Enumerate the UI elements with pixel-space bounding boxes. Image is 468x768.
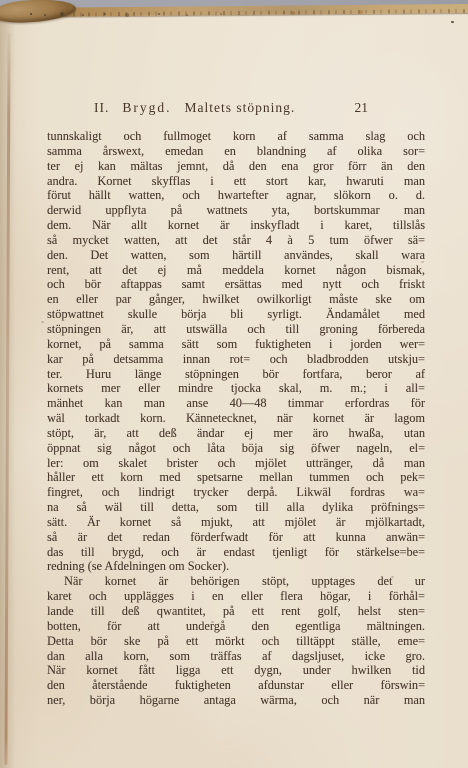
text-line: redning (se Afdelningen om Socker). xyxy=(47,559,425,574)
text-line: wäl torkadt korn. Kännetecknet, när korn… xyxy=(47,411,425,426)
text-line: stöpt, är, att deß ändar ej mer äro hwaß… xyxy=(47,426,425,441)
text-line: kornet, på samma sätt som fuktigheten i … xyxy=(47,337,425,352)
text-line: lande till deß qwantitet, på ett rent go… xyxy=(47,604,425,619)
page-number: 21 xyxy=(355,100,369,116)
text-line: stöpwattnet skulle börja bli syrligt. Än… xyxy=(47,307,425,322)
text-line: dan alla korn, som träffas af dagsljuset… xyxy=(47,649,425,664)
text-line: ler: om skalet brister och mjölet utträn… xyxy=(47,456,425,471)
text-line: förut hällt watten, och hwartefter agnar… xyxy=(47,188,425,203)
running-header: II. Brygd. Maltets stöpning. 21 xyxy=(47,100,425,116)
text-line: das till brygd, och är endast tjenligt f… xyxy=(47,545,425,560)
photo-background: II. Brygd. Maltets stöpning. 21 tunnskal… xyxy=(0,0,468,768)
text-line: karet och upplägges i en eller flera hög… xyxy=(47,589,425,604)
text-line: öppnat sig något och låta böja sig öfwer… xyxy=(47,441,425,456)
text-line: den återstående fuktigheten afdunstar el… xyxy=(47,678,425,693)
text-line: andra. Kornet skyfflas i ett stort kar, … xyxy=(47,174,425,189)
text-line: botten, för att undergå den egentliga mä… xyxy=(47,619,425,634)
text-line: Detta bör ske på ett mörkt och tilltäppt… xyxy=(47,634,425,649)
text-line: så är det redan förderfwadt för att kunn… xyxy=(47,530,425,545)
header-section-title: Maltets stöpning. xyxy=(185,100,296,116)
body-text: tunnskaligt och fullmoget korn af samma … xyxy=(47,129,425,708)
book-page: II. Brygd. Maltets stöpning. 21 tunnskal… xyxy=(0,9,468,768)
text-line: sätt. Är kornet så mjukt, att mjölet är … xyxy=(47,515,425,530)
text-line: och bör aftappas samt ersättas med nytt … xyxy=(47,277,425,292)
text-line: stöpningen är, att utswälla och till gro… xyxy=(47,322,425,337)
paragraph-1: tunnskaligt och fullmoget korn af samma … xyxy=(47,129,425,574)
text-line: kornets mer eller mindre tjocka skal, m.… xyxy=(47,381,425,396)
header-chapter-number: II. xyxy=(94,100,109,116)
text-line: derwid uppflyta på wattnets yta, bortsku… xyxy=(47,203,425,218)
edge-speckles xyxy=(30,13,32,15)
text-line: mänhet kan man anse 40—48 timmar erfordr… xyxy=(47,396,425,411)
text-line: tunnskaligt och fullmoget korn af samma … xyxy=(47,129,425,144)
text-line: kar på detsamma innan rot= och bladbrodd… xyxy=(47,352,425,367)
text-line: en eller par gånger, hwilket owilkorligt… xyxy=(47,292,425,307)
text-line: rent, att det ej må meddela kornet någon… xyxy=(47,263,425,278)
text-line: na så wäl till detta, som till alla dyli… xyxy=(47,500,425,515)
text-line: ter ej kan mältas jemnt, då den ena gror… xyxy=(47,159,425,174)
text-line: så mycket watten, att det står 4 à 5 tum… xyxy=(47,233,425,248)
text-line: När kornet fått ligga ett dygn, under hw… xyxy=(47,663,425,678)
text-line: dem. När allt kornet är inskyfladt i kar… xyxy=(47,218,425,233)
text-line: samma årswext, emedan en blandning af ol… xyxy=(47,144,425,159)
paragraph-2: När kornet är behörigen stöpt, upptages … xyxy=(47,574,425,708)
text-line: den. Det watten, som härtill användes, s… xyxy=(47,248,425,263)
text-line: ter. Huru länge stöpningen bör fortfara,… xyxy=(47,367,425,382)
text-line: fingret, och lindrigt trycker derpå. Lik… xyxy=(47,485,425,500)
text-line: När kornet är behörigen stöpt, upptages … xyxy=(47,574,425,589)
header-section-name: Brygd. xyxy=(122,100,171,116)
text-line: håller ett korn med spetsarne mellan tum… xyxy=(47,470,425,485)
text-line: ner, börja högarne antaga wärma, och när… xyxy=(47,693,425,708)
paper-specks xyxy=(451,21,454,23)
